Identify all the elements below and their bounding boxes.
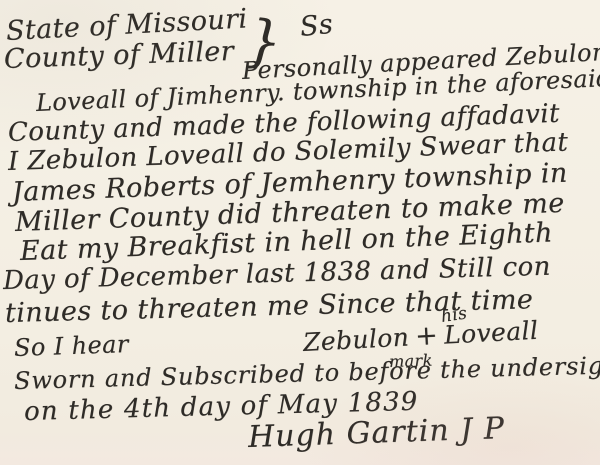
affidavit-document-page: State of Missouri County of Miller } Ss … <box>0 0 600 465</box>
his-mark-cross: + <box>414 320 439 352</box>
body-line: So I hear <box>14 330 130 362</box>
scilicet-mark: Ss <box>298 9 334 43</box>
officer-signature: Hugh Gartin J P <box>247 411 505 455</box>
caption-county-line: County of Miller <box>3 36 234 75</box>
signature-surname: Loveall <box>443 316 539 350</box>
